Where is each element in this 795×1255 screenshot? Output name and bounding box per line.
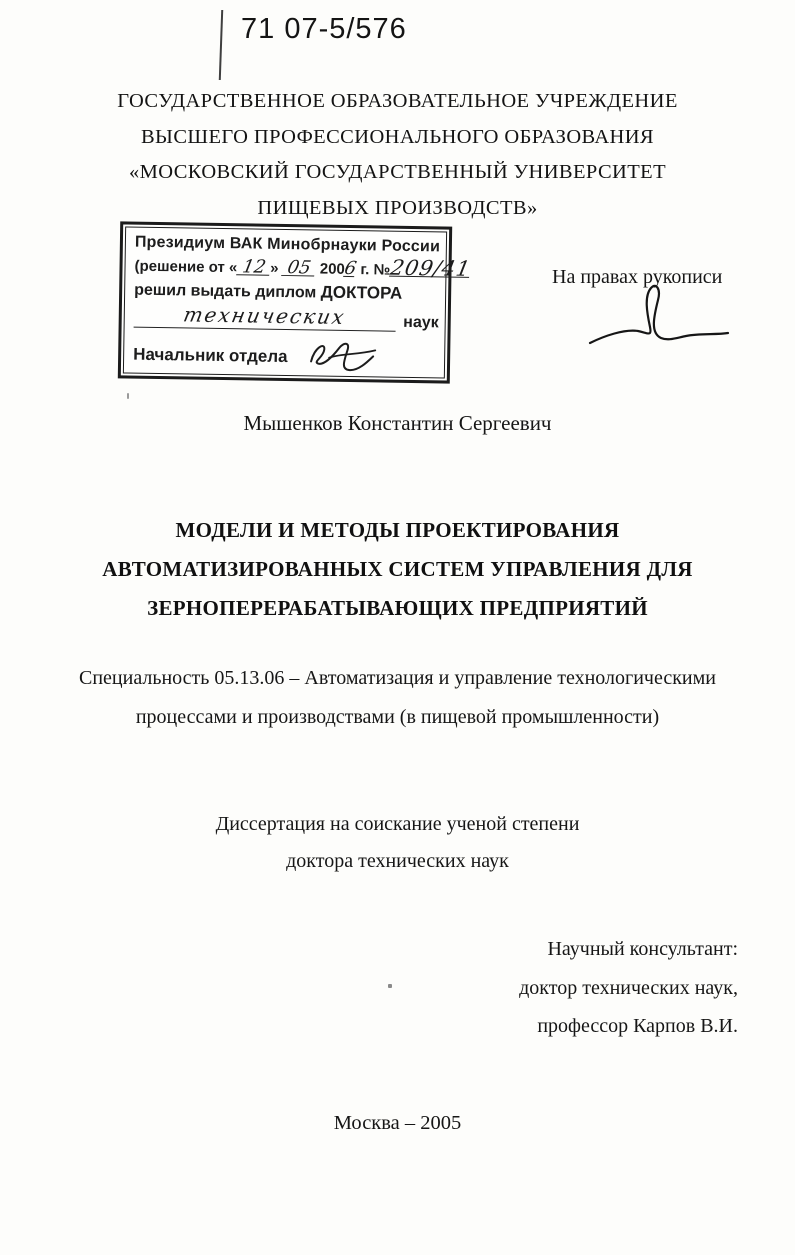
title-line-1: МОДЕЛИ И МЕТОДЫ ПРОЕКТИРОВАНИЯ — [0, 511, 795, 550]
stamp-decision-line: (решение от «12» 05 2006 г. №209/41 — [134, 257, 439, 280]
stamp-day-handwritten: 12 — [236, 260, 272, 275]
stamp-decision-prefix: (решение от « — [134, 258, 237, 277]
institution-block: ГОСУДАРСТВЕННОЕ ОБРАЗОВАТЕЛЬНОЕ УЧРЕЖДЕН… — [0, 84, 795, 226]
catalog-divider-line — [219, 10, 223, 80]
author-signature — [586, 283, 734, 355]
stamp-year-suffix: г. № — [356, 261, 390, 279]
dissertation-title: МОДЕЛИ И МЕТОДЫ ПРОЕКТИРОВАНИЯ АВТОМАТИЗ… — [0, 511, 795, 628]
stamp-year-printed: 200 — [320, 261, 345, 278]
stamp-resolution-line: решил выдать диплом ДОКТОРА — [134, 280, 439, 305]
institution-line-1: ГОСУДАРСТВЕННОЕ ОБРАЗОВАТЕЛЬНОЕ УЧРЕЖДЕН… — [0, 84, 795, 120]
author-name: Мышенков Константин Сергеевич — [0, 411, 795, 436]
stamp-month-handwritten: 05 — [281, 261, 317, 276]
stamp-official-line: Начальник отдела — [133, 331, 438, 370]
title-line-2: АВТОМАТИЗИРОВАННЫХ СИСТЕМ УПРАВЛЕНИЯ ДЛЯ — [0, 550, 795, 589]
vak-stamp-inner: Президиум ВАК Минобрнауки России (решени… — [123, 226, 447, 378]
specialty-line-1: Специальность 05.13.06 – Автоматизация и… — [0, 659, 795, 698]
title-line-3: ЗЕРНОПЕРЕРАБАТЫВАЮЩИХ ПРЕДПРИЯТИЙ — [0, 589, 795, 628]
degree-line-1: Диссертация на соискание ученой степени — [0, 806, 795, 843]
specialty-block: Специальность 05.13.06 – Автоматизация и… — [0, 659, 795, 737]
stamp-field-underline: технических — [134, 302, 396, 332]
degree-statement: Диссертация на соискание ученой степени … — [0, 806, 795, 880]
consultant-line-2: доктор технических наук, — [519, 969, 738, 1008]
stamp-header: Президиум ВАК Минобрнауки России — [135, 234, 440, 257]
stamp-number-handwritten: 209/41 — [389, 261, 472, 278]
department-head-signature — [301, 333, 380, 376]
consultant-line-3: профессор Карпов В.И. — [519, 1007, 738, 1046]
degree-line-2: доктора технических наук — [0, 843, 795, 880]
stamp-official-title: Начальник отдела — [133, 345, 288, 367]
stamp-field-line: технических наук — [134, 302, 439, 333]
city-year-line: Москва – 2005 — [0, 1112, 795, 1135]
consultant-line-1: Научный консультант: — [519, 930, 738, 969]
scanned-title-page: 71 07-5/576 ГОСУДАРСТВЕННОЕ ОБРАЗОВАТЕЛЬ… — [0, 0, 795, 1255]
stamp-degree-word: ДОКТОРА — [321, 283, 403, 303]
scan-artifact-speck — [127, 393, 129, 399]
specialty-line-2: процессами и производствами (в пищевой п… — [0, 698, 795, 737]
stamp-field-printed: наук — [403, 314, 439, 333]
institution-line-2: ВЫСШЕГО ПРОФЕССИОНАЛЬНОГО ОБРАЗОВАНИЯ — [0, 120, 795, 156]
catalog-number: 71 07-5/576 — [241, 13, 407, 46]
vak-approval-stamp: Президиум ВАК Минобрнауки России (решени… — [118, 221, 452, 383]
institution-line-3: «МОСКОВСКИЙ ГОСУДАРСТВЕННЫЙ УНИВЕРСИТЕТ — [0, 155, 795, 191]
stamp-field-handwritten: технических — [181, 302, 347, 328]
scan-artifact-speck — [388, 984, 392, 988]
consultant-block: Научный консультант: доктор технических … — [519, 930, 738, 1046]
stamp-resolution-text: решил выдать диплом — [134, 282, 316, 302]
